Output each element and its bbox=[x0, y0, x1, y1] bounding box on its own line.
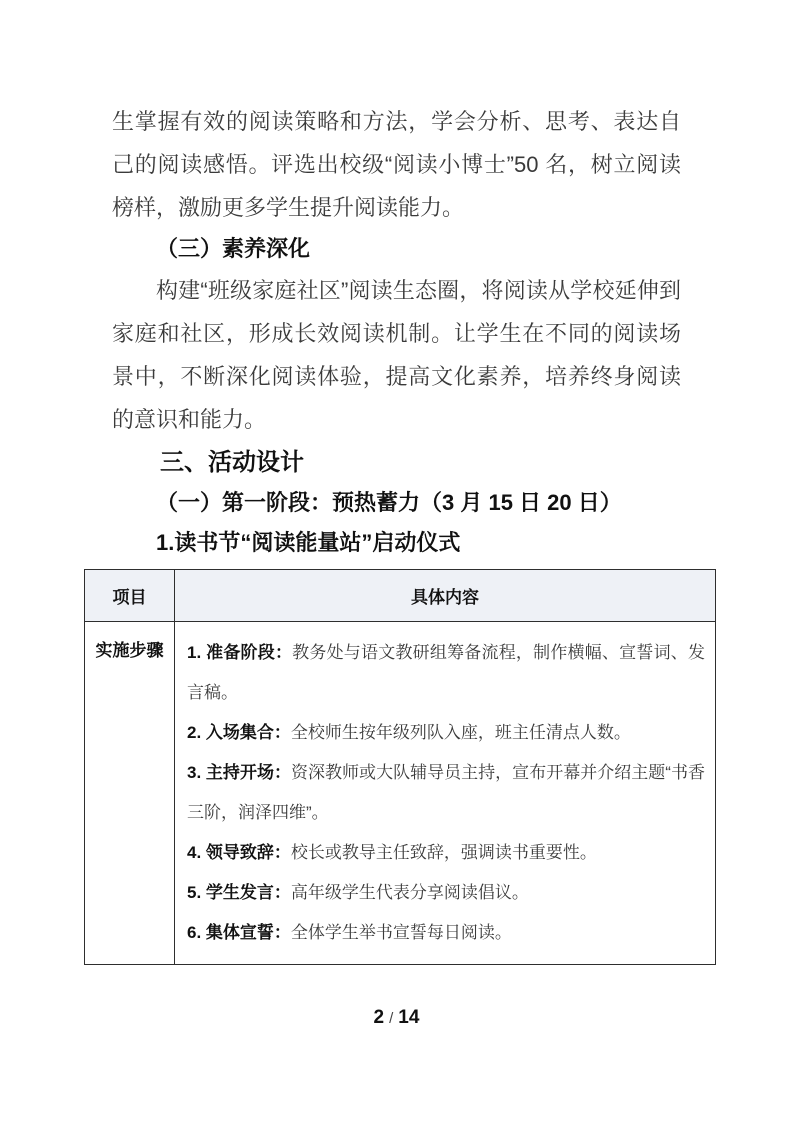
page-number: 2/14 bbox=[112, 1003, 681, 1034]
table-row: 实施步骤 1. 准备阶段：教务处与语文教研组筹备流程，制作横幅、宣誓词、发言稿。… bbox=[85, 622, 716, 965]
step-text: 全体学生举书宣誓每日阅读。 bbox=[291, 923, 512, 942]
heading-activity-design: 三、活动设计 bbox=[112, 443, 681, 483]
row-label-implementation-steps: 实施步骤 bbox=[85, 622, 175, 965]
step-label: 5. 学生发言： bbox=[187, 883, 291, 902]
step-label: 3. 主持开场： bbox=[187, 763, 291, 782]
step-item: 1. 准备阶段：教务处与语文教研组筹备流程，制作横幅、宣誓词、发言稿。 bbox=[187, 633, 705, 713]
step-item: 2. 入场集合：全校师生按年级列队入座，班主任清点人数。 bbox=[187, 713, 705, 753]
page-number-separator: / bbox=[384, 1010, 398, 1027]
paragraph-reading-strategy: 生掌握有效的阅读策略和方法，学会分析、思考、表达自己的阅读感悟。评选出校级“阅读… bbox=[112, 100, 681, 229]
step-item: 4. 领导致辞：校长或教导主任致辞，强调读书重要性。 bbox=[187, 833, 705, 873]
step-text: 全校师生按年级列队入座，班主任清点人数。 bbox=[291, 723, 631, 742]
step-item: 5. 学生发言：高年级学生代表分享阅读倡议。 bbox=[187, 873, 705, 913]
step-text: 高年级学生代表分享阅读倡议。 bbox=[291, 883, 529, 902]
heading-stage-one: （一）第一阶段：预热蓄力（3 月 15 日 20 日） bbox=[112, 483, 681, 523]
table-header-content: 具体内容 bbox=[175, 570, 716, 622]
steps-list: 1. 准备阶段：教务处与语文教研组筹备流程，制作横幅、宣誓词、发言稿。2. 入场… bbox=[187, 633, 705, 953]
activity-table-header: 项目 具体内容 bbox=[85, 570, 716, 622]
step-label: 1. 准备阶段： bbox=[187, 643, 292, 662]
step-label: 2. 入场集合： bbox=[187, 723, 291, 742]
step-item: 6. 集体宣誓：全体学生举书宣誓每日阅读。 bbox=[187, 913, 705, 953]
heading-launch-ceremony: 1.读书节“阅读能量站”启动仪式 bbox=[112, 523, 681, 563]
step-label: 6. 集体宣誓： bbox=[187, 923, 291, 942]
step-label: 4. 领导致辞： bbox=[187, 843, 291, 862]
page-number-total: 14 bbox=[398, 1007, 419, 1028]
paragraph-reading-ecosystem: 构建“班级家庭社区”阅读生态圈，将阅读从学校延伸到家庭和社区，形成长效阅读机制。… bbox=[112, 269, 681, 441]
table-header-item: 项目 bbox=[85, 570, 175, 622]
row-content-steps: 1. 准备阶段：教务处与语文教研组筹备流程，制作横幅、宣誓词、发言稿。2. 入场… bbox=[175, 622, 716, 965]
heading-suyang-shenhua: （三）素养深化 bbox=[112, 229, 681, 269]
page-number-current: 2 bbox=[374, 1007, 385, 1028]
step-text: 校长或教导主任致辞，强调读书重要性。 bbox=[291, 843, 597, 862]
step-item: 3. 主持开场：资深教师或大队辅导员主持，宣布开幕并介绍主题“书香三阶，润泽四维… bbox=[187, 753, 705, 833]
document-page: 生掌握有效的阅读策略和方法，学会分析、思考、表达自己的阅读感悟。评选出校级“阅读… bbox=[0, 0, 793, 1034]
activity-table: 项目 具体内容 实施步骤 1. 准备阶段：教务处与语文教研组筹备流程，制作横幅、… bbox=[84, 569, 716, 965]
